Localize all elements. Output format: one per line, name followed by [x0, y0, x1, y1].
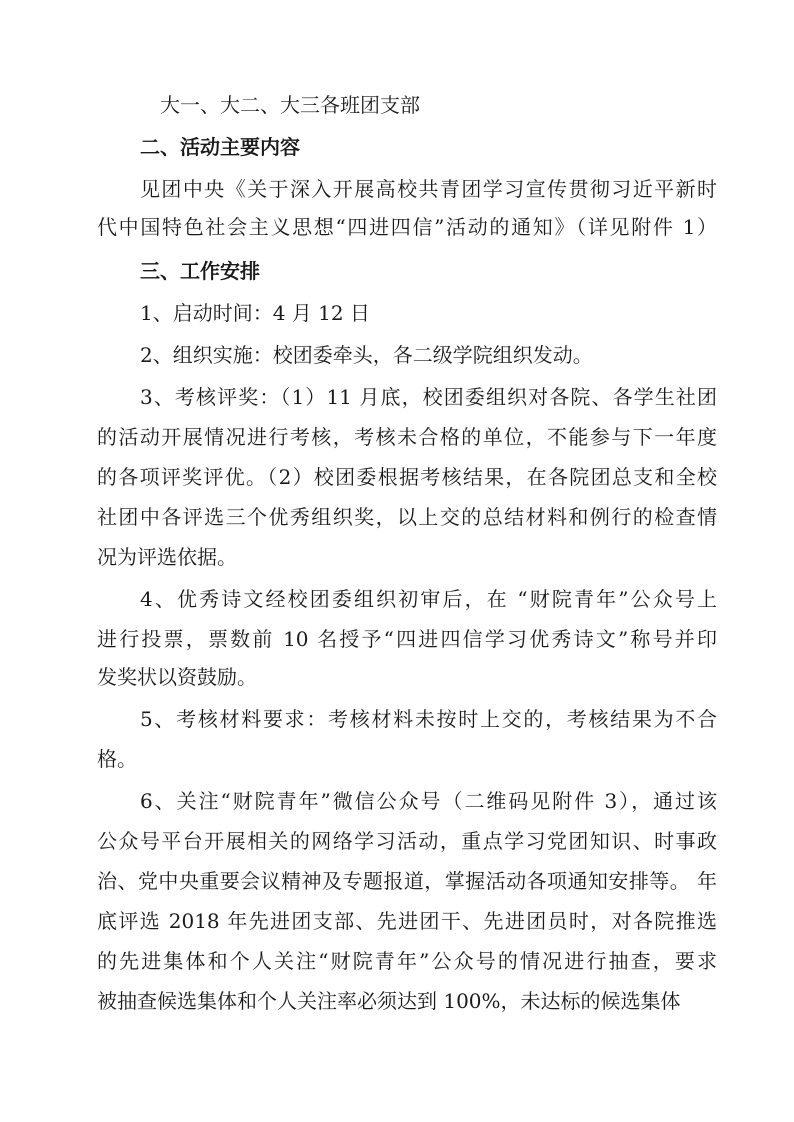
paragraph-line: 见团中央《关于深入开展高校共青团学习宣传贯彻习近平新时: [140, 174, 717, 204]
item-assessment-line: 况为评选依据。: [97, 542, 717, 572]
section-heading-work-arrangement: 三、工作安排: [140, 256, 717, 286]
item-wechat-line: 公众号平台开展相关的网络学习活动，重点学习党团知识、时事政: [97, 826, 717, 856]
item-organization: 2、组织实施：校团委牵头，各二级学院组织发动。: [140, 340, 717, 370]
target-audience-line: 大一、大二、大三各班团支部: [160, 90, 717, 120]
item-assessment-line: 社团中各评选三个优秀组织奖，以上交的总结材料和例行的检查情: [97, 502, 717, 532]
item-wechat-line: 6、关注“财院青年”微信公众号（二维码见附件 3），通过该: [140, 786, 717, 816]
item-poetry-line: 进行投票，票数前 10 名授予“四进四信学习优秀诗文”称号并印: [97, 624, 717, 654]
item-assessment-line: 的各项评奖评优。（2）校团委根据考核结果，在各院团总支和全校: [97, 462, 717, 492]
item-start-time: 1、启动时间：4 月 12 日: [140, 298, 717, 328]
item-poetry-line: 发奖状以资鼓励。: [97, 662, 717, 692]
section-heading-activity-content: 二、活动主要内容: [140, 132, 717, 162]
item-wechat-line: 被抽查候选集体和个人关注率必须达到 100%，未达标的候选集体: [97, 986, 717, 1016]
paragraph-line: 代中国特色社会主义思想“四进四信”活动的通知》（详见附件 1）: [97, 212, 717, 242]
item-wechat-line: 治、党中央重要会议精神及专题报道，掌握活动各项通知安排等。 年: [97, 866, 717, 896]
item-materials-line: 5、考核材料要求：考核材料未按时上交的，考核结果为不合: [140, 704, 717, 734]
item-assessment-line: 的活动开展情况进行考核，考核未合格的单位，不能参与下一年度: [97, 422, 717, 452]
item-materials-line: 格。: [97, 744, 717, 774]
document-page: 大一、大二、大三各班团支部 二、活动主要内容 见团中央《关于深入开展高校共青团学…: [0, 0, 794, 1122]
item-wechat-line: 的先进集体和个人关注“财院青年”公众号的情况进行抽查，要求: [97, 946, 717, 976]
item-assessment-line: 3、考核评奖：（1）11 月底，校团委组织对各院、各学生社团: [140, 382, 717, 412]
item-poetry-line: 4、优秀诗文经校团委组织初审后，在 “财院青年”公众号上: [140, 584, 717, 614]
item-wechat-line: 底评选 2018 年先进团支部、先进团干、先进团员时，对各院推选: [97, 906, 717, 936]
